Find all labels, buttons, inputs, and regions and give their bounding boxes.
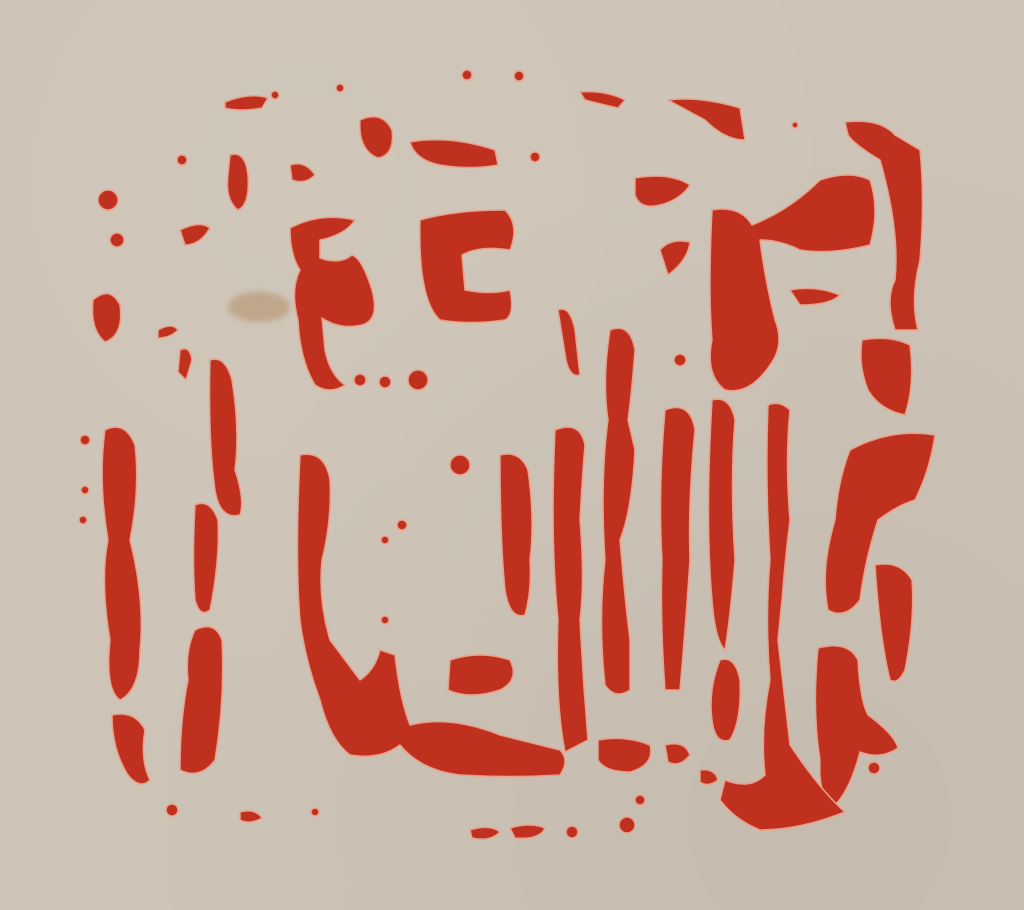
seal-impression <box>0 0 1024 910</box>
paper-background <box>0 0 1024 910</box>
